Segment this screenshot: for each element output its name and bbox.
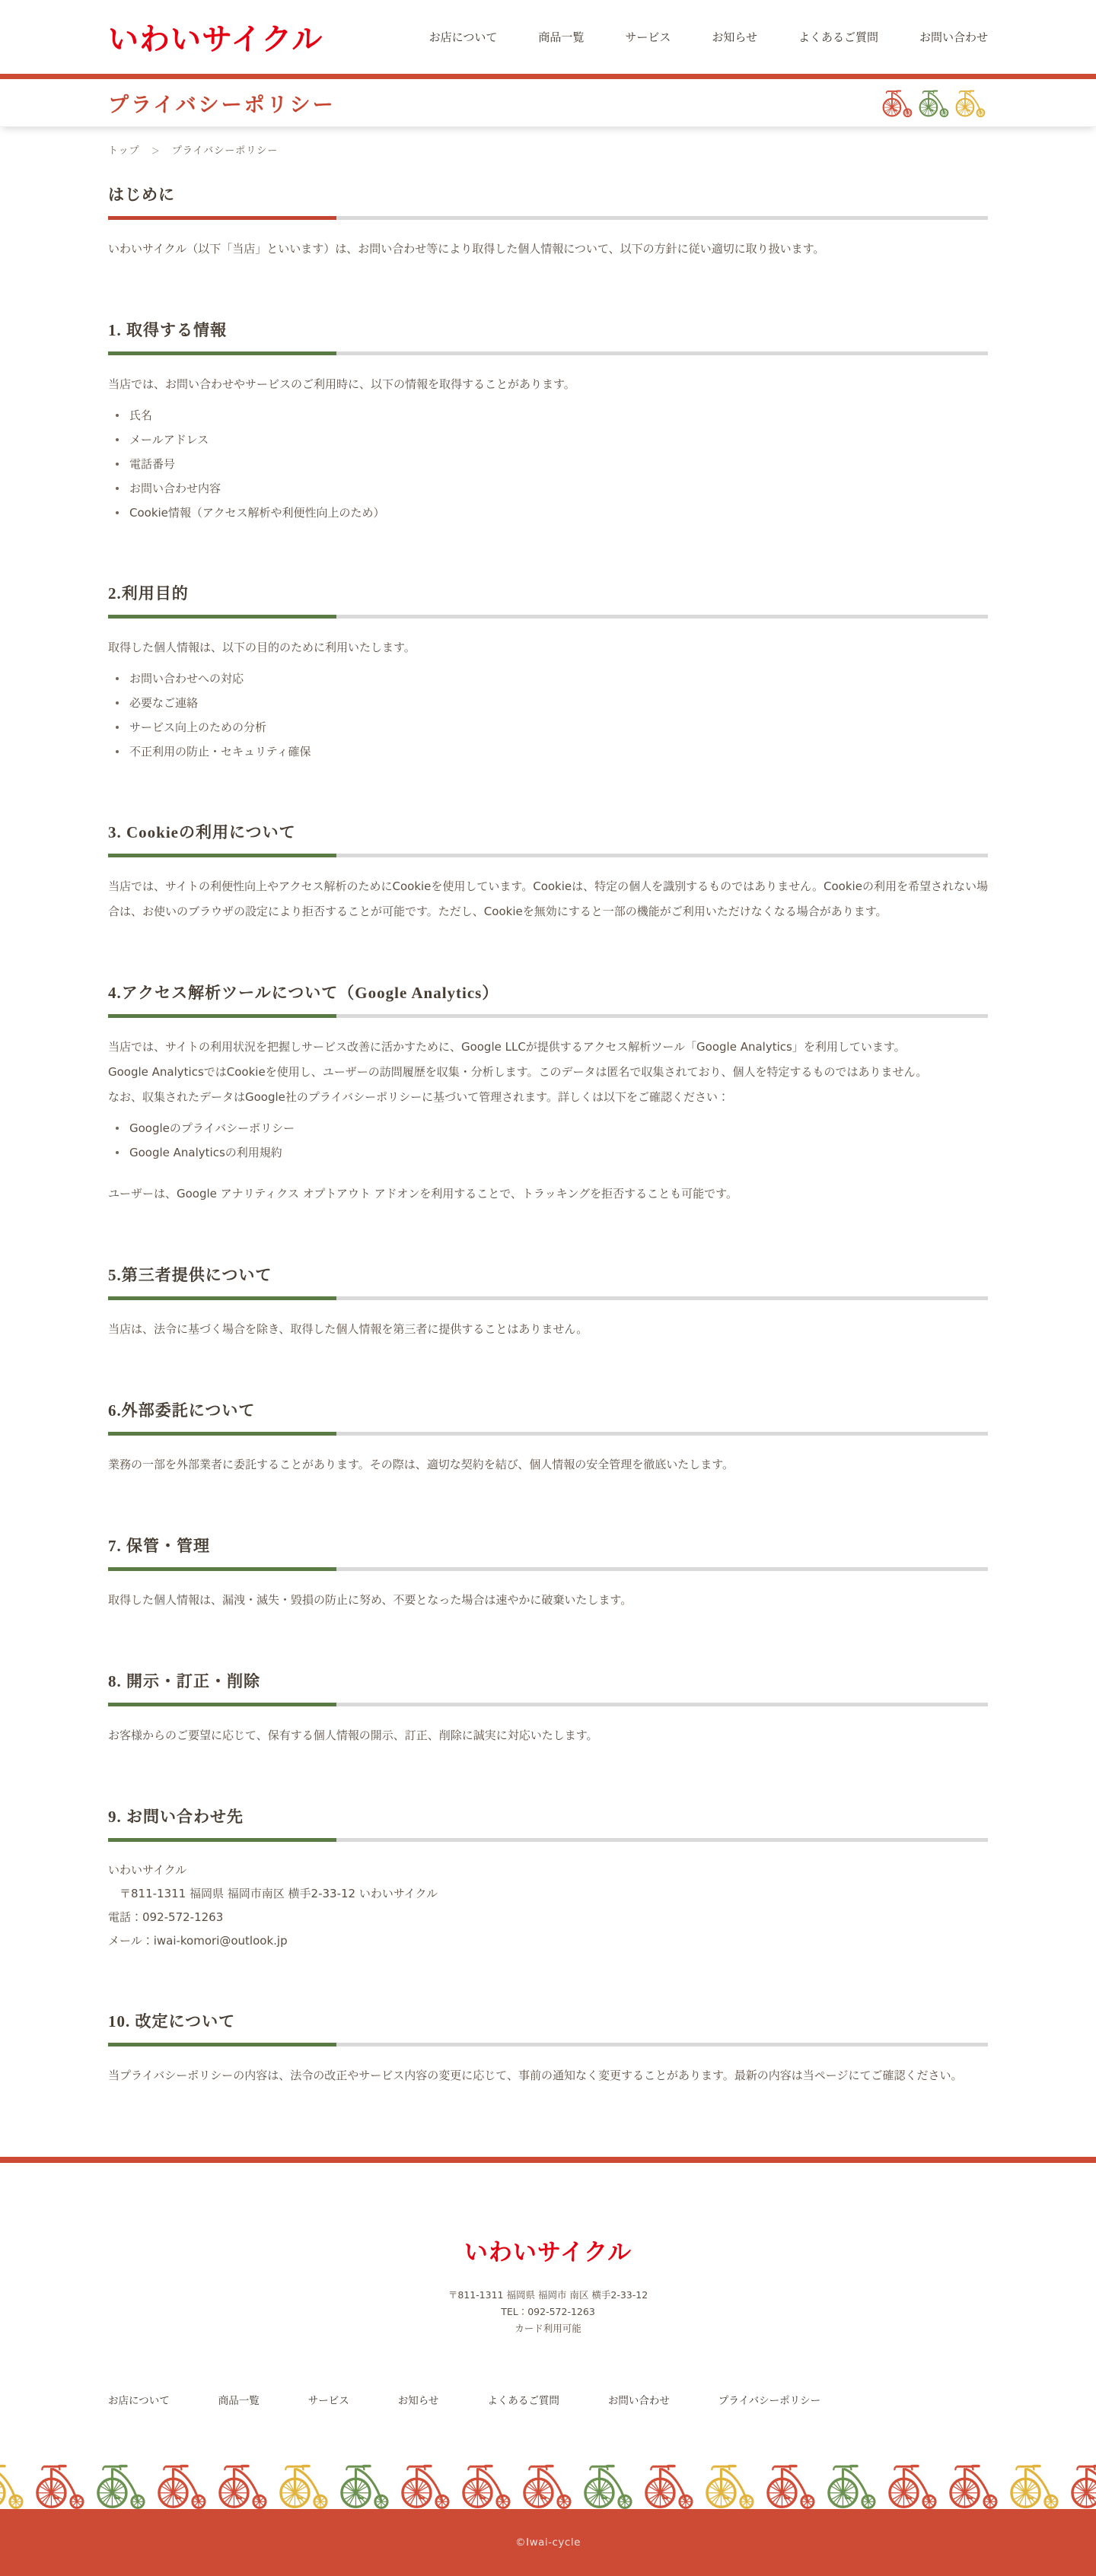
penny-farthing-bicycle-icon [641, 2460, 697, 2509]
policy-section-disclosure: 8. 開示・訂正・削除お客様からのご要望に応じて、保有する個人情報の開示、訂正、… [108, 1669, 988, 1748]
penny-farthing-bicycle-icon [702, 2460, 758, 2509]
breadcrumb: トップ ＞ プライバシーポリシー [108, 127, 988, 163]
section-underline [108, 854, 988, 857]
section-underline [108, 1296, 988, 1300]
footer-nav-item-news[interactable]: お知らせ [398, 2392, 439, 2407]
site-footer: いわいサイクル 〒811-1311 福岡県 福岡市 南区 横手2-33-12 T… [0, 2163, 1096, 2576]
section-list-item: メールアドレス [108, 428, 988, 452]
penny-farthing-bicycle-icon [519, 2460, 575, 2509]
nav-item-news[interactable]: お知らせ [712, 29, 757, 45]
policy-section-contact-info: 9. お問い合わせ先いわいサイクル 〒811-1311 福岡県 福岡市南区 横手… [108, 1805, 988, 1953]
section-heading: 3. Cookieの利用について [108, 820, 988, 843]
section-underline [108, 1838, 988, 1842]
policy-section-storage: 7. 保管・管理取得した個人情報は、漏洩・滅失・毀損の防止に努め、不要となった場… [108, 1534, 988, 1613]
section-underline [108, 1567, 988, 1571]
title-bicycle-icons [880, 87, 988, 119]
section-paragraph: いわいサイクル [108, 1859, 988, 1882]
section-paragraph: ユーザーは、Google アナリティクス オプトアウト アドオンを利用することで… [108, 1181, 988, 1207]
nav-item-service[interactable]: サービス [625, 29, 671, 45]
footer-nav-item-about[interactable]: お店について [108, 2392, 170, 2407]
footer-logo[interactable]: いわいサイクル [0, 2233, 1096, 2267]
section-list-item: Google Analyticsの利用規約 [108, 1140, 988, 1165]
copyright-bar: ©Iwai-cycle [0, 2509, 1096, 2576]
penny-farthing-bicycle-icon [1006, 2460, 1063, 2509]
policy-section-purpose: 2.利用目的取得した個人情報は、以下の目的のために利用いたします。お問い合わせへ… [108, 581, 988, 764]
section-list-item: サービス向上のための分析 [108, 715, 988, 739]
footer-nav: お店について商品一覧サービスお知らせよくあるご質問お問い合わせプライバシーポリシ… [108, 2392, 988, 2407]
footer-nav-item-service[interactable]: サービス [308, 2392, 349, 2407]
section-heading: 8. 開示・訂正・削除 [108, 1669, 988, 1692]
breadcrumb-current: プライバシーポリシー [172, 145, 278, 157]
footer-address: 〒811-1311 福岡県 福岡市 南区 横手2-33-12 TEL：092-5… [0, 2287, 1096, 2337]
section-paragraph: メール：iwai-komori@outlook.jp [108, 1929, 988, 1953]
policy-section-intro: はじめにいわいサイクル（以下「当店」といいます）は、お問い合わせ等により取得した… [108, 183, 988, 262]
footer-tel: TEL：092-572-1263 [0, 2304, 1096, 2320]
policy-section-cookie: 3. Cookieの利用について当店では、サイトの利便性向上やアクセス解析のため… [108, 820, 988, 924]
penny-farthing-bicycle-icon [397, 2460, 454, 2509]
footer-nav-item-contact[interactable]: お問い合わせ [608, 2392, 670, 2407]
section-paragraph: 取得した個人情報は、漏洩・滅失・毀損の防止に努め、不要となった場合は速やかに破棄… [108, 1588, 988, 1613]
penny-farthing-bicycle-icon [824, 2460, 880, 2509]
footer-nav-item-products[interactable]: 商品一覧 [218, 2392, 260, 2407]
section-underline [108, 1703, 988, 1706]
footer-address-line: 〒811-1311 福岡県 福岡市 南区 横手2-33-12 [0, 2287, 1096, 2304]
policy-section-collected-info: 1. 取得する情報当店では、お問い合わせやサービスのご利用時に、以下の情報を取得… [108, 318, 988, 525]
section-heading: 2.利用目的 [108, 581, 988, 604]
section-heading: 4.アクセス解析ツールについて（Google Analytics） [108, 981, 988, 1003]
footer-divider-rule [0, 2157, 1096, 2163]
section-heading: 7. 保管・管理 [108, 1534, 988, 1557]
section-heading: 10. 改定について [108, 2009, 988, 2032]
policy-section-analytics: 4.アクセス解析ツールについて（Google Analytics）当店では、サイ… [108, 981, 988, 1207]
section-paragraph: 〒811-1311 福岡県 福岡市南区 横手2-33-12 いわいサイクル [108, 1882, 988, 1906]
page-title-bar: プライバシーポリシー [0, 79, 1096, 127]
section-underline [108, 2043, 988, 2046]
section-paragraph: 電話：092-572-1263 [108, 1906, 988, 1929]
copyright-text: ©Iwai-cycle [515, 2536, 581, 2549]
section-underline [108, 351, 988, 355]
nav-item-contact[interactable]: お問い合わせ [919, 29, 988, 45]
penny-farthing-bicycle-icon [945, 2460, 1002, 2509]
policy-section-revision: 10. 改定について当プライバシーポリシーの内容は、法令の改正やサービス内容の変… [108, 2009, 988, 2088]
penny-farthing-bicycle-icon [916, 87, 951, 119]
penny-farthing-bicycle-icon [458, 2460, 515, 2509]
section-paragraph: 取得した個人情報は、以下の目的のために利用いたします。 [108, 635, 988, 660]
section-heading: 9. お問い合わせ先 [108, 1805, 988, 1827]
penny-farthing-bicycle-icon [580, 2460, 636, 2509]
section-list: お問い合わせへの対応必要なご連絡サービス向上のための分析不正利用の防止・セキュリ… [108, 666, 988, 764]
section-paragraph: 業務の一部を外部業者に委託することがあります。その際は、適切な契約を結び、個人情… [108, 1452, 988, 1477]
penny-farthing-bicycle-icon [880, 87, 915, 119]
penny-farthing-bicycle-icon [154, 2460, 210, 2509]
header-nav: お店について商品一覧サービスお知らせよくあるご質問お問い合わせ [429, 29, 988, 45]
penny-farthing-bicycle-icon [763, 2460, 819, 2509]
section-paragraph: お客様からのご要望に応じて、保有する個人情報の開示、訂正、削除に誠実に対応いたし… [108, 1723, 988, 1748]
policy-content: はじめにいわいサイクル（以下「当店」といいます）は、お問い合わせ等により取得した… [108, 183, 988, 2157]
section-list: 氏名メールアドレス電話番号お問い合わせ内容Cookie情報（アクセス解析や利便性… [108, 403, 988, 525]
section-paragraph: なお、収集されたデータはGoogle社のプライバシーポリシーに基づいて管理されま… [108, 1085, 988, 1110]
section-list-item: 必要なご連絡 [108, 691, 988, 715]
section-list-item: 不正利用の防止・セキュリティ確保 [108, 739, 988, 764]
section-underline [108, 216, 988, 220]
section-paragraph: 当店では、お問い合わせやサービスのご利用時に、以下の情報を取得することがあります… [108, 372, 988, 397]
penny-farthing-bicycle-icon [93, 2460, 149, 2509]
section-paragraph: いわいサイクル（以下「当店」といいます）は、お問い合わせ等により取得した個人情報… [108, 237, 988, 262]
section-heading: 6.外部委託について [108, 1398, 988, 1421]
penny-farthing-bicycle-icon [336, 2460, 393, 2509]
page-title: プライバシーポリシー [108, 88, 336, 118]
section-paragraph: 当店は、法令に基づく場合を除き、取得した個人情報を第三者に提供することはありませ… [108, 1317, 988, 1342]
footer-nav-item-faq[interactable]: よくあるご質問 [487, 2392, 559, 2407]
section-paragraph: 当店では、サイトの利便性向上やアクセス解析のためにCookieを使用しています。… [108, 874, 988, 924]
footer-nav-item-privacy[interactable]: プライバシーポリシー [718, 2392, 820, 2407]
bicycle-pattern-band [0, 2456, 1096, 2509]
footer-card-note: カード利用可能 [0, 2320, 1096, 2337]
section-paragraph: 当店では、サイトの利用状況を把握しサービス改善に活かすために、Google LL… [108, 1035, 988, 1060]
section-underline [108, 1014, 988, 1018]
section-heading: 1. 取得する情報 [108, 318, 988, 341]
site-logo[interactable]: いわいサイクル [108, 15, 323, 59]
penny-farthing-bicycle-icon [215, 2460, 271, 2509]
penny-farthing-bicycle-icon [1067, 2460, 1096, 2509]
nav-item-about[interactable]: お店について [429, 29, 498, 45]
section-underline [108, 615, 988, 619]
section-list-item: 電話番号 [108, 452, 988, 476]
section-heading: はじめに [108, 183, 988, 205]
section-heading: 5.第三者提供について [108, 1263, 988, 1286]
penny-farthing-bicycle-icon [0, 2460, 27, 2509]
section-list-item: Googleのプライバシーポリシー [108, 1116, 988, 1140]
section-list: GoogleのプライバシーポリシーGoogle Analyticsの利用規約 [108, 1116, 988, 1165]
breadcrumb-home-link[interactable]: トップ [108, 145, 140, 157]
penny-farthing-bicycle-icon [884, 2460, 941, 2509]
penny-farthing-bicycle-icon [953, 87, 988, 119]
policy-section-outsourcing: 6.外部委託について業務の一部を外部業者に委託することがあります。その際は、適切… [108, 1398, 988, 1477]
section-list-item: Cookie情報（アクセス解析や利便性向上のため） [108, 501, 988, 525]
penny-farthing-bicycle-icon [32, 2460, 88, 2509]
nav-item-products[interactable]: 商品一覧 [538, 29, 584, 45]
section-list-item: 氏名 [108, 403, 988, 428]
section-paragraph: Google AnalyticsではCookieを使用し、ユーザーの訪問履歴を収… [108, 1060, 988, 1085]
penny-farthing-bicycle-icon [276, 2460, 332, 2509]
nav-item-faq[interactable]: よくあるご質問 [798, 29, 878, 45]
policy-section-third-party: 5.第三者提供について当店は、法令に基づく場合を除き、取得した個人情報を第三者に… [108, 1263, 988, 1342]
section-underline [108, 1432, 988, 1436]
section-paragraph: 当プライバシーポリシーの内容は、法令の改正やサービス内容の変更に応じて、事前の通… [108, 2063, 988, 2088]
section-list-item: お問い合わせ内容 [108, 476, 988, 501]
site-header: いわいサイクル お店について商品一覧サービスお知らせよくあるご質問お問い合わせ [0, 0, 1096, 79]
section-list-item: お問い合わせへの対応 [108, 666, 988, 691]
breadcrumb-separator: ＞ [151, 146, 161, 156]
